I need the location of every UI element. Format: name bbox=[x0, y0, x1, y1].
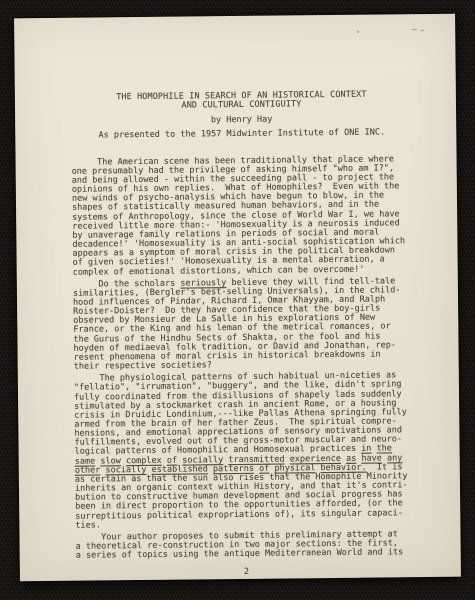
paragraph: Your author proposes to submit this prel… bbox=[75, 530, 416, 561]
typewritten-text: THE HOMOPHILE IN SEARCH OF AN HISTORICAL… bbox=[71, 90, 417, 579]
page-number: 2 bbox=[76, 566, 417, 579]
pencil-mark bbox=[420, 30, 424, 31]
paragraph: The physiological patterns of such habit… bbox=[74, 371, 417, 530]
text-line: a series of topics using the antique Med… bbox=[76, 548, 417, 561]
paragraph: The American scene has been traditionall… bbox=[72, 155, 414, 278]
document-title: THE HOMOPHILE IN SEARCH OF AN HISTORICAL… bbox=[71, 90, 412, 112]
pencil-mark bbox=[357, 31, 359, 33]
paragraphs: The American scene has been traditionall… bbox=[72, 155, 417, 561]
paragraph: Do the scholars seriously believe they w… bbox=[73, 277, 415, 372]
text-line: complex of emotional distortions, which … bbox=[73, 265, 414, 278]
presentation-line: As presented to the 1957 Midwinter Insti… bbox=[71, 129, 412, 142]
byline: by Henry Hay bbox=[71, 114, 412, 127]
pencil-mark bbox=[412, 29, 417, 30]
document-page: THE HOMOPHILE IN SEARCH OF AN HISTORICAL… bbox=[14, 14, 461, 582]
